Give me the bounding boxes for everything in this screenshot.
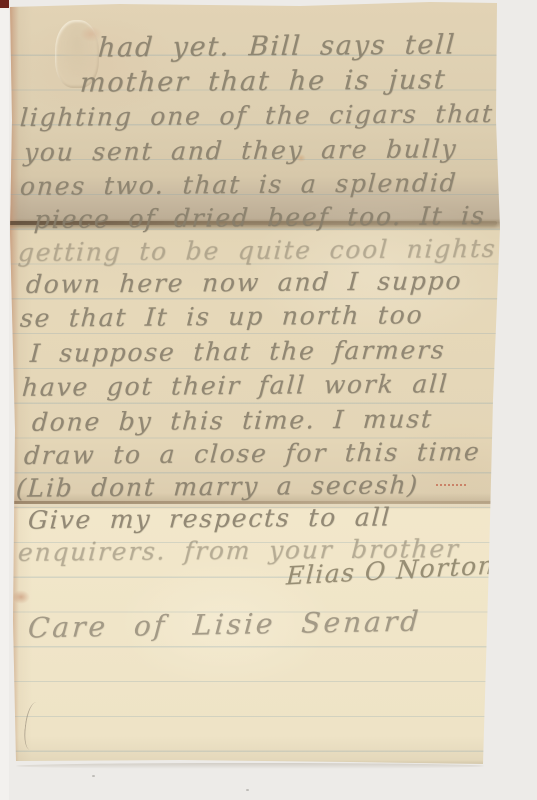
letter-line: mother that he is just: [79, 64, 447, 98]
dust-speck: [246, 789, 249, 791]
letter-line: se that It is up north too: [19, 300, 424, 333]
letter-line: have got their fall work all: [21, 369, 449, 402]
letter-line: Give my respects to all: [27, 502, 392, 534]
letter-line: I suppose that the farmers: [29, 335, 446, 368]
letter-line: down here now and I suppo: [25, 266, 463, 299]
letter-line: you sent and they are bully: [23, 134, 458, 167]
scan-background: had yet. Bill says tell mother that he i…: [0, 0, 537, 800]
letter-line: lighting one of the cigars that: [19, 99, 495, 132]
letter-line: done by this time. I must: [31, 404, 434, 437]
page-shadow: [16, 763, 484, 769]
letter-line: draw to a close for this time: [23, 437, 481, 470]
letter-line: piece of dried beef too. It is: [33, 201, 486, 234]
letter-page: had yet. Bill says tell mother that he i…: [0, 0, 537, 800]
letter-line: getting to be quite cool nights: [17, 234, 497, 267]
letter-line: had yet. Bill says tell: [97, 29, 457, 63]
letter-body: had yet. Bill says tell mother that he i…: [0, 0, 537, 800]
letter-line: ones two. that is a splendid: [19, 168, 458, 201]
dust-speck: [92, 775, 95, 777]
corner-mark: [0, 0, 9, 8]
letter-line: (Lib dont marry a secesh): [15, 470, 420, 503]
care-of-line: Care of Lisie Senard: [27, 605, 422, 645]
